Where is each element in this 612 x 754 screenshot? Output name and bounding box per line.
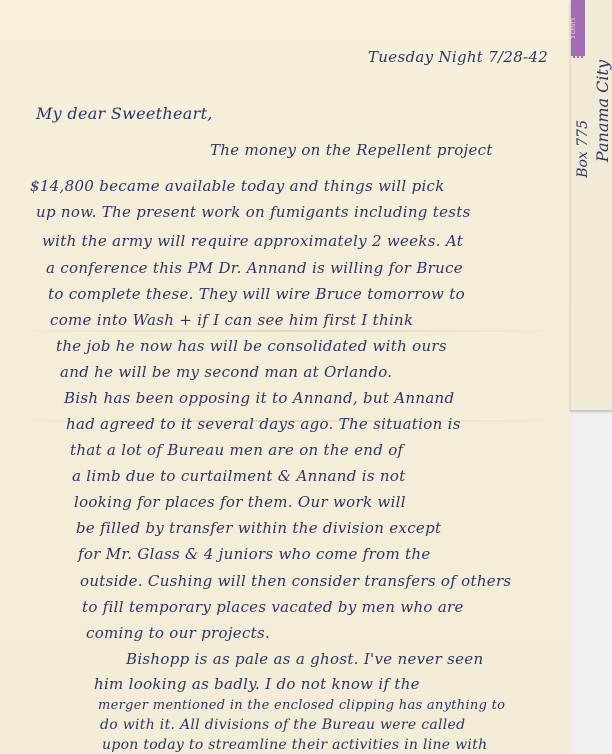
letter-line: do with it. All divisions of the Bureau …: [100, 717, 465, 733]
letter-line: Bish has been opposing it to Annand, but…: [64, 389, 454, 407]
letter-line: a conference this PM Dr. Annand is willi…: [46, 259, 463, 277]
letter-line: for Mr. Glass & 4 juniors who come from …: [78, 545, 431, 563]
letter-line: to fill temporary places vacated by men …: [82, 598, 464, 616]
postage-stamp: 3 CENTS: [571, 0, 585, 58]
letter-line: and he will be my second man at Orlando.: [60, 363, 392, 381]
letter-line: looking for places for them. Our work wi…: [74, 493, 406, 511]
paper-fold: [0, 330, 572, 332]
letter-date: Tuesday Night 7/28-42: [368, 48, 548, 66]
salutation: My dear Sweetheart,: [36, 104, 213, 123]
letter-line: him looking as badly. I do not know if t…: [94, 675, 420, 693]
letter-line: upon today to streamline their activitie…: [102, 737, 487, 753]
envelope-edge: Box 775 Panama City: [570, 0, 612, 410]
envelope-address-box: Box 775: [575, 120, 591, 178]
letter-line: up now. The present work on fumigants in…: [36, 203, 471, 221]
letter-line: to complete these. They will wire Bruce …: [48, 285, 465, 303]
letter-line: had agreed to it several days ago. The s…: [66, 415, 461, 433]
letter-paper: Tuesday Night 7/28-42 My dear Sweetheart…: [0, 0, 572, 754]
letter-line: come into Wash + if I can see him first …: [50, 311, 413, 329]
envelope-address-city: Panama City: [593, 60, 612, 162]
letter-line: The money on the Repellent project: [210, 141, 493, 159]
letter-line: a limb due to curtailment & Annand is no…: [72, 467, 406, 485]
letter-line: be filled by transfer within the divisio…: [76, 519, 441, 537]
letter-line: merger mentioned in the enclosed clippin…: [98, 698, 505, 713]
letter-line: $14,800 became available today and thing…: [30, 177, 445, 195]
letter-line: with the army will require approximately…: [42, 232, 463, 250]
letter-line: the job he now has will be consolidated …: [56, 337, 447, 355]
letter-line: Bishopp is as pale as a ghost. I've neve…: [126, 650, 483, 668]
letter-line: that a lot of Bureau men are on the end …: [70, 441, 403, 459]
letter-line: coming to our projects.: [86, 624, 270, 642]
stamp-label: 3 CENTS: [571, 4, 585, 52]
letter-line: outside. Cushing will then consider tran…: [80, 572, 511, 590]
